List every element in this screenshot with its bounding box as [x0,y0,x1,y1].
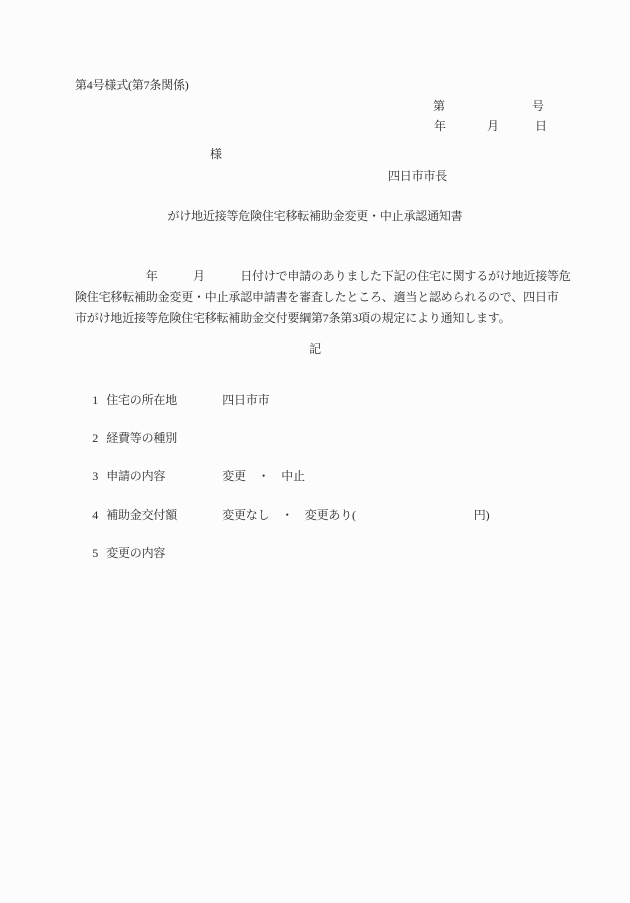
item-value: 変更なし ・ 変更あり( 円) [222,508,489,522]
item-row-expense-type: 2経費等の種別 [81,417,222,459]
body-paragraph: 年 月 日付けで申請のありました下記の住宅に関するがけ地近接等危 険住宅移転補助… [75,266,571,329]
item-row-application-content: 3申請の内容変更 ・ 中止 [81,455,305,497]
sender-title: 四日市市長 [388,169,447,183]
item-label: 住宅の所在地 [106,393,222,407]
item-row-house-location: 1住宅の所在地四日市市 [81,379,269,421]
body-line-1: 年 月 日付けで申請のありました下記の住宅に関するがけ地近接等危 [75,266,571,287]
item-number: 1 [92,393,106,407]
document-title: がけ地近接等危険住宅移転補助金変更・中止承認通知書 [0,209,630,223]
document-number-suffix: 号 [532,99,544,113]
date-month-label: 月 [487,119,499,133]
item-label: 経費等の種別 [106,431,222,445]
item-number: 5 [92,546,106,560]
item-label: 変更の内容 [106,546,222,560]
form-style-number: 第4号様式(第7条関係) [75,78,189,92]
body-line-3: 市がけ地近接等危険住宅移転補助金交付要綱第7条第3項の規定により通知します。 [75,308,571,329]
body-line-2: 険住宅移転補助金変更・中止承認申請書を審査したところ、適当と認められるので、四日… [75,287,571,308]
document-page: 第4号様式(第7条関係) 第 号 年 月 日 様 四日市市長 がけ地近接等危険住… [0,0,630,903]
addressee-honorific: 様 [210,147,222,161]
item-number: 3 [92,469,106,483]
record-heading: 記 [0,342,630,356]
item-value: 変更 ・ 中止 [222,469,305,483]
date-day-label: 日 [535,119,547,133]
item-value: 四日市市 [222,393,269,407]
item-row-change-content: 5変更の内容 [81,532,222,574]
item-number: 2 [92,431,106,445]
item-label: 申請の内容 [106,469,222,483]
item-row-subsidy-amount: 4補助金交付額変更なし ・ 変更あり( 円) [81,494,489,536]
document-number-prefix: 第 [433,99,445,113]
item-number: 4 [92,508,106,522]
date-year-label: 年 [434,119,446,133]
item-label: 補助金交付額 [106,508,222,522]
